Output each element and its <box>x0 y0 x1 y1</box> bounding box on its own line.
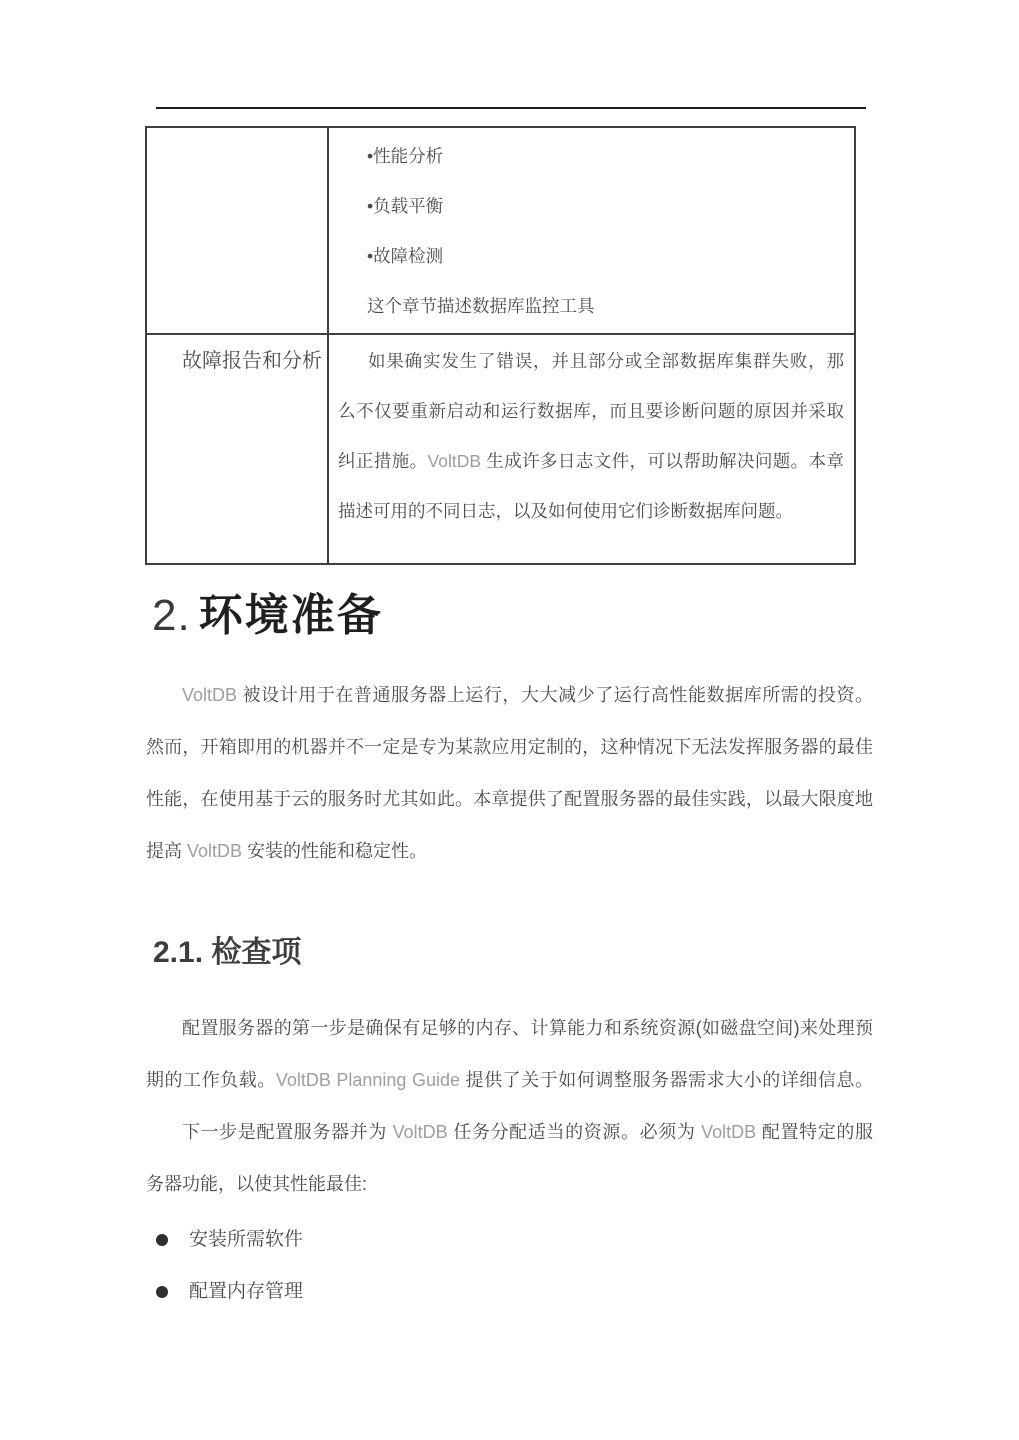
table-cell-description: 如果确实发生了错误，并且部分或全部数据库集群失败，那么不仅要重新启动和运行数据库… <box>328 334 855 564</box>
latin-text: VoltDB <box>182 685 237 705</box>
text-line: 性能，在使用基于云的服务时尤其如此。本章提供了配置服务器的最佳实践，以最大限度地 <box>146 773 873 825</box>
bullet-item: 安装所需软件 <box>146 1214 873 1266</box>
fault-description: 如果确实发生了错误，并且部分或全部数据库集群失败，那么不仅要重新启动和运行数据库… <box>329 335 854 536</box>
text-line: 务器功能，以使其性能最佳: <box>146 1158 873 1210</box>
intro-paragraph: VoltDB 被设计用于在普通服务器上运行，大大减少了运行高性能数据库所需的投资… <box>146 669 873 877</box>
chapter-number: 2. <box>152 591 191 640</box>
latin-text: VoltDB <box>701 1122 756 1142</box>
text-line: •性能分析 <box>367 131 844 181</box>
checklist-paragraph-1: 配置服务器的第一步是确保有足够的内存、计算能力和系统资源(如磁盘空间)来处理预期… <box>146 1002 873 1106</box>
latin-text: VoltDB <box>393 1122 448 1142</box>
chapter-heading: 2.环境准备 <box>152 588 383 644</box>
checklist-paragraph-2: 下一步是配置服务器并为 VoltDB 任务分配适当的资源。必须为 VoltDB … <box>146 1106 873 1210</box>
bullet-dot-icon <box>156 1286 168 1298</box>
bullet-dot-icon <box>156 1234 168 1246</box>
latin-text: VoltDB <box>187 841 242 861</box>
chapter-title: 环境准备 <box>199 591 383 640</box>
bullet-label: 安装所需软件 <box>189 1214 303 1266</box>
text-line: 配置服务器的第一步是确保有足够的内存、计算能力和系统资源(如磁盘空间)来处理预 <box>146 1002 873 1054</box>
bullet-list: 安装所需软件配置内存管理 <box>146 1214 873 1318</box>
text-line: 么不仅要重新启动和运行数据库，而且要诊断问题的原因并采取 <box>338 386 844 436</box>
content-table: •性能分析•负载平衡•故障检测这个章节描述数据库监控工具 故障报告和分析 如果确… <box>145 126 856 565</box>
table-cell-monitoring: •性能分析•负载平衡•故障检测这个章节描述数据库监控工具 <box>328 127 855 334</box>
table-cell-empty <box>146 127 328 334</box>
text-line: •故障检测 <box>367 231 844 281</box>
text-line: 这个章节描述数据库监控工具 <box>367 281 844 331</box>
bullet-item: 配置内存管理 <box>146 1266 873 1318</box>
monitoring-list: •性能分析•负载平衡•故障检测这个章节描述数据库监控工具 <box>329 128 854 331</box>
table-row: •性能分析•负载平衡•故障检测这个章节描述数据库监控工具 <box>146 127 855 334</box>
text-line: 如果确实发生了错误，并且部分或全部数据库集群失败，那 <box>338 336 844 386</box>
bullet-label: 配置内存管理 <box>189 1266 303 1318</box>
text-line: VoltDB 被设计用于在普通服务器上运行，大大减少了运行高性能数据库所需的投资… <box>146 669 873 721</box>
latin-text: VoltDB <box>428 451 482 471</box>
text-line: 然而，开箱即用的机器并不一定是专为某款应用定制的，这种情况下无法发挥服务器的最佳 <box>146 721 873 773</box>
text-line: •负载平衡 <box>367 181 844 231</box>
table-cell-topic: 故障报告和分析 <box>146 334 328 564</box>
document-page: •性能分析•负载平衡•故障检测这个章节描述数据库监控工具 故障报告和分析 如果确… <box>0 0 1019 1440</box>
text-line: 描述可用的不同日志，以及如何使用它们诊断数据库问题。 <box>338 486 844 536</box>
latin-text: VoltDB Planning Guide <box>276 1070 460 1090</box>
section-heading: 2.1. 检查项 <box>153 933 301 973</box>
text-line: 下一步是配置服务器并为 VoltDB 任务分配适当的资源。必须为 VoltDB … <box>146 1106 873 1158</box>
text-line: 纠正措施。VoltDB 生成许多日志文件，可以帮助解决问题。本章 <box>338 436 844 486</box>
text-line: 期的工作负载。VoltDB Planning Guide 提供了关于如何调整服务… <box>146 1054 873 1106</box>
header-rule <box>156 107 866 109</box>
text-line: 提高 VoltDB 安装的性能和稳定性。 <box>146 825 873 877</box>
table-row: 故障报告和分析 如果确实发生了错误，并且部分或全部数据库集群失败，那么不仅要重新… <box>146 334 855 564</box>
